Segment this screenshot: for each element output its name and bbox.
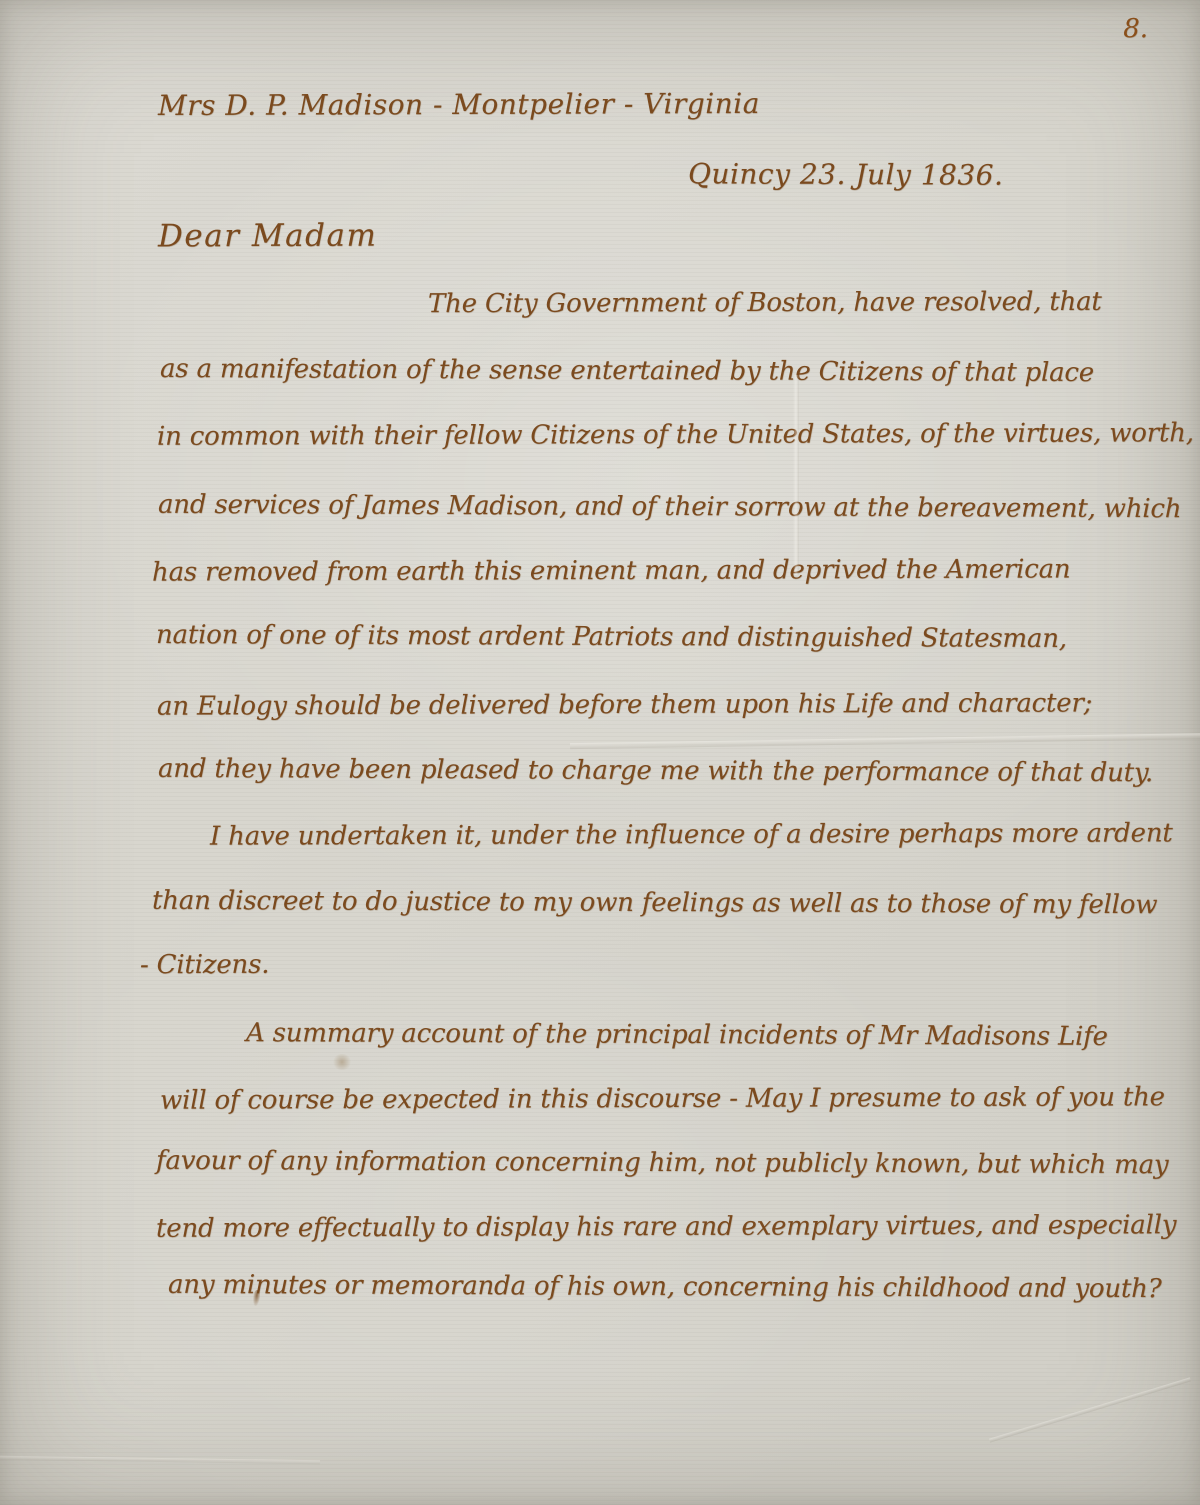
fold-crease-vertical bbox=[793, 375, 799, 575]
letter-line-9: I have undertaken it, under the influenc… bbox=[210, 818, 1173, 851]
letter-page: 8. Mrs D. P. Madison - Montpelier - Virg… bbox=[0, 0, 1200, 1505]
letter-line-14: favour of any information concerning him… bbox=[156, 1146, 1169, 1180]
letter-line-11: - Citizens. bbox=[140, 950, 269, 980]
letter-line-8: and they have been pleased to charge me … bbox=[158, 754, 1153, 788]
fold-crease-corner bbox=[989, 1377, 1191, 1442]
letter-line-15: tend more effectually to display his rar… bbox=[156, 1210, 1176, 1244]
letter-line-3: in common with their fellow Citizens of … bbox=[157, 418, 1194, 452]
letter-line-6: nation of one of its most ardent Patriot… bbox=[156, 620, 1067, 654]
paper-stain bbox=[332, 1054, 352, 1070]
page-number: 8. bbox=[1123, 14, 1148, 44]
letter-line-13: will of course be expected in this disco… bbox=[160, 1082, 1165, 1116]
dateline: Quincy 23. July 1836. bbox=[688, 157, 1004, 191]
recipient-line: Mrs D. P. Madison - Montpelier - Virgini… bbox=[158, 87, 760, 122]
letter-line-7: an Eulogy should be delivered before the… bbox=[157, 688, 1092, 721]
salutation: Dear Madam bbox=[158, 218, 377, 255]
letter-line-10: than discreet to do justice to my own fe… bbox=[152, 886, 1157, 920]
ink-mark bbox=[252, 1290, 261, 1307]
letter-line-16: any minutes or memoranda of his own, con… bbox=[168, 1270, 1162, 1304]
letter-line-5: has removed from earth this eminent man,… bbox=[152, 554, 1071, 587]
letter-line-1: The City Government of Boston, have reso… bbox=[428, 287, 1102, 319]
fold-crease-bottom bbox=[0, 1456, 320, 1464]
fold-crease-middle bbox=[570, 733, 1200, 749]
letter-line-12: A summary account of the principal incid… bbox=[246, 1018, 1108, 1052]
letter-line-2: as a manifestation of the sense entertai… bbox=[160, 354, 1094, 388]
letter-line-4: and services of James Madison, and of th… bbox=[158, 490, 1181, 524]
